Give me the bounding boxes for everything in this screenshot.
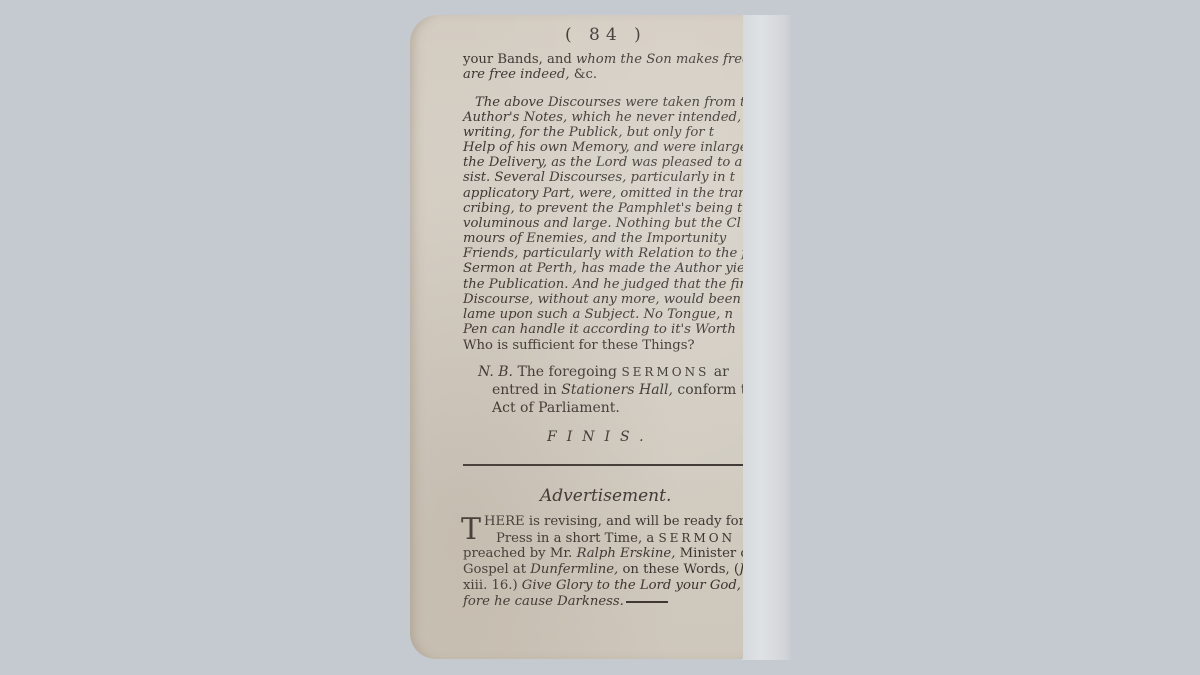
text-roman: Press in a short Time, a bbox=[496, 531, 658, 546]
drop-cap: T bbox=[461, 515, 481, 545]
text-line: your Bands, and whom the Son makes free,… bbox=[463, 52, 743, 68]
note-line: Pen can handle it according to it's Wort… bbox=[463, 322, 736, 338]
advert-line: xiii. 16.) Give Glory to the Lord your G… bbox=[463, 578, 743, 594]
text-italic: Give Glory to the Lord your God, be- bbox=[522, 578, 743, 593]
nb-prefix: N. B. bbox=[478, 364, 513, 380]
text-roman: Minister of the bbox=[675, 546, 743, 561]
advert-line: HERE is revising, and will be ready for … bbox=[484, 514, 743, 530]
note-line: The above Discourses were taken from t bbox=[475, 95, 743, 111]
note-line: Author's Notes, which he never intended, bbox=[463, 110, 741, 126]
text-roman: ar bbox=[709, 364, 729, 380]
text-roman: conform t bbox=[673, 382, 743, 398]
text-roman: The foregoing bbox=[513, 364, 621, 380]
nb-line-3: Act of Parliament. bbox=[492, 400, 620, 416]
note-line: Sermon at Perth, has made the Author yie… bbox=[463, 261, 743, 277]
note-line: sist. Several Discourses, particularly i… bbox=[463, 170, 735, 186]
note-line: voluminous and large. Nothing but the Cl bbox=[463, 216, 741, 232]
advert-line: Press in a short Time, a SERMON bbox=[496, 530, 735, 547]
note-line: Help of his own Memory, and were inlarge… bbox=[463, 140, 743, 156]
text-caps: SERMON bbox=[658, 531, 735, 545]
text-caps: SERMONS bbox=[621, 365, 709, 379]
page-edge-strip bbox=[740, 15, 791, 660]
text-italic: Ralph Erskine, bbox=[577, 546, 676, 561]
text-italic: whom the Son makes free, th bbox=[576, 52, 743, 67]
closing-dash bbox=[626, 601, 668, 603]
text-roman: entred in bbox=[492, 382, 561, 398]
advert-line: Gospel at Dunfermline, on these Words, (… bbox=[463, 562, 743, 578]
note-line: the Publication. And he judged that the … bbox=[463, 277, 743, 293]
text-roman: your Bands, and bbox=[463, 52, 576, 67]
note-line: writing, for the Publick, but only for t bbox=[463, 125, 714, 141]
text-roman: on these Words, ( bbox=[618, 562, 739, 577]
text-italic: Dunfermline, bbox=[530, 562, 618, 577]
text-line: are free indeed, &c. bbox=[463, 67, 597, 83]
text-italic: are free indeed, bbox=[463, 67, 574, 82]
note-line: applicatory Part, were, omitted in the t… bbox=[463, 186, 743, 202]
note-line: Friends, particularly with Relation to t… bbox=[463, 246, 743, 262]
note-line: Discourse, without any more, would been … bbox=[463, 292, 743, 308]
advert-line: preached by Mr. Ralph Erskine, Minister … bbox=[463, 546, 743, 562]
note-line: cribing, to prevent the Pamphlet's being… bbox=[463, 201, 742, 217]
advertisement-title: Advertisement. bbox=[540, 486, 671, 506]
text-roman: preached by Mr. bbox=[463, 546, 577, 561]
book-page: ( 84 ) your Bands, and whom the Son make… bbox=[410, 15, 743, 659]
note-line: mours of Enemies, and the Importunity bbox=[463, 231, 726, 247]
page-number: ( 84 ) bbox=[565, 25, 647, 45]
text-roman: Gospel at bbox=[463, 562, 530, 577]
text-roman: xiii. 16.) bbox=[463, 578, 522, 593]
note-line: Who is sufficient for these Things? bbox=[463, 338, 695, 354]
nb-line-1: N. B. The foregoing SERMONS ar bbox=[478, 364, 729, 380]
text-italic: fore he cause Darkness. bbox=[463, 594, 624, 609]
divider-rule bbox=[463, 464, 743, 466]
nb-line-2: entred in Stationers Hall, conform t bbox=[492, 382, 743, 398]
note-line: lame upon such a Subject. No Tongue, n bbox=[463, 307, 733, 323]
text-italic: Stationers Hall, bbox=[561, 382, 673, 398]
note-line: the Delivery, as the Lord was pleased to… bbox=[463, 155, 742, 171]
text-italic: Jer. bbox=[739, 562, 743, 577]
text-roman: &c. bbox=[574, 67, 597, 82]
finis: FINIS. bbox=[547, 429, 654, 445]
advert-line: fore he cause Darkness. bbox=[463, 594, 668, 610]
